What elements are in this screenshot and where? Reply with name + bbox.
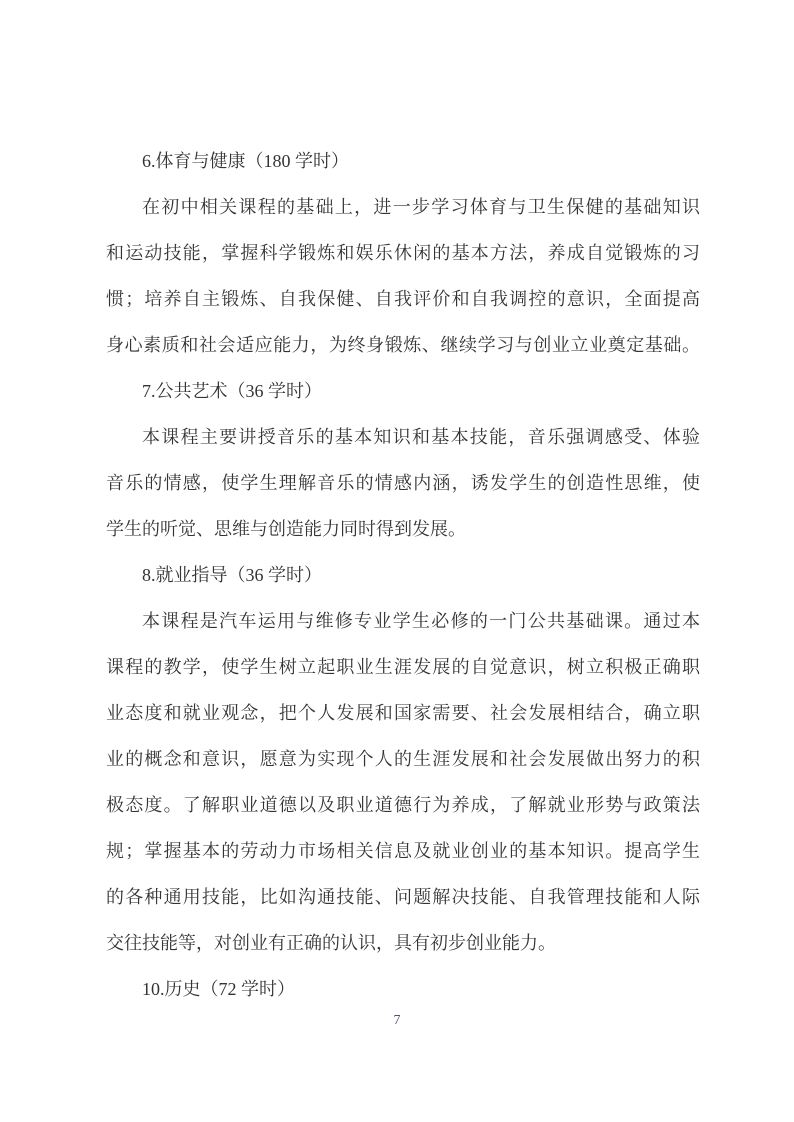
section-heading: 7.公共艺术（36 学时） [106,368,700,414]
page-number: 7 [0,1010,794,1032]
section-heading: 6.体育与健康（180 学时） [106,138,700,184]
text-line: 的各种通用技能，比如沟通技能、问题解决技能、自我管理技能和人际 [106,874,700,920]
text-line: 极态度。了解职业道德以及职业道德行为养成，了解就业形势与政策法 [106,782,700,828]
text-line: 本课程主要讲授音乐的基本知识和基本技能，音乐强调感受、体验 [106,414,700,460]
text-line: 本课程是汽车运用与维修专业学生必修的一门公共基础课。通过本 [106,598,700,644]
section-heading: 8.就业指导（36 学时） [106,552,700,598]
text-line: 课程的教学，使学生树立起职业生涯发展的自觉意识，树立积极正确职 [106,644,700,690]
text-line: 身心素质和社会适应能力，为终身锻炼、继续学习与创业立业奠定基础。 [106,322,700,368]
page-content: 6.体育与健康（180 学时） 在初中相关课程的基础上，进一步学习体育与卫生保健… [106,138,700,1012]
text-line: 业态度和就业观念，把个人发展和国家需要、社会发展相结合，确立职 [106,690,700,736]
text-line: 业的概念和意识，愿意为实现个人的生涯发展和社会发展做出努力的积 [106,736,700,782]
document-page: 6.体育与健康（180 学时） 在初中相关课程的基础上，进一步学习体育与卫生保健… [0,0,794,1122]
text-line: 和运动技能，掌握科学锻炼和娱乐休闲的基本方法，养成自觉锻炼的习 [106,230,700,276]
text-line: 规；掌握基本的劳动力市场相关信息及就业创业的基本知识。提高学生 [106,828,700,874]
text-line: 在初中相关课程的基础上，进一步学习体育与卫生保健的基础知识 [106,184,700,230]
text-line: 交往技能等，对创业有正确的认识，具有初步创业能力。 [106,920,700,966]
text-line: 惯；培养自主锻炼、自我保健、自我评价和自我调控的意识，全面提高 [106,276,700,322]
text-line: 学生的听觉、思维与创造能力同时得到发展。 [106,506,700,552]
text-line: 音乐的情感，使学生理解音乐的情感内涵，诱发学生的创造性思维，使 [106,460,700,506]
section-heading: 10.历史（72 学时） [106,966,700,1012]
